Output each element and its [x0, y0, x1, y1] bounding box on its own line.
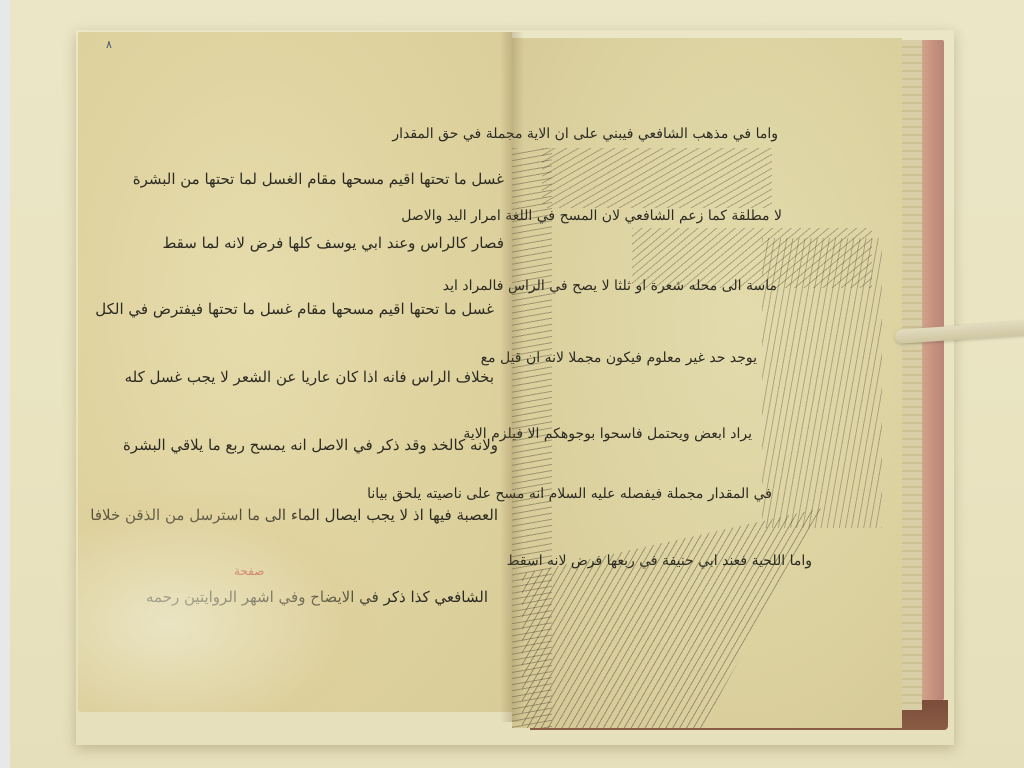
text-line: في المقدار مجملة فيفصله عليه السلام انه … [367, 486, 772, 502]
marginalia-upper [542, 148, 772, 208]
marginalia-right [762, 238, 882, 528]
book-cover-edge [920, 40, 944, 700]
text-line: لا مطلقة كما زعم الشافعي لان المسح في ال… [401, 208, 782, 224]
book-gutter [500, 32, 524, 722]
text-line: العصبة فيها اذ لا يجب ايصال الماء الى ما… [90, 506, 498, 524]
text-line: فصار كالراس وعند ابي يوسف كلها فرض لانه … [162, 234, 504, 252]
right-page: واما في مذهب الشافعي فيبني على ان الاية … [512, 38, 902, 728]
text-line: ولانه كالخد وقد ذكر في الاصل انه يمسح رب… [123, 436, 498, 454]
text-line: غسل ما تحتها اقيم مسحها مقام غسل ما تحته… [95, 300, 494, 318]
marginalia-lower [522, 508, 822, 728]
text-line: الشافعي كذا ذكر في الايضاح وفي اشهر الرو… [146, 588, 488, 606]
scanner-edge-strip [0, 0, 10, 768]
page-block-edge [900, 40, 922, 710]
text-line: بخلاف الراس فانه اذا كان عاريا عن الشعر … [125, 368, 494, 386]
page-number: ٨ [106, 38, 112, 51]
margin-note: صفحة [234, 564, 264, 578]
text-line: واما في مذهب الشافعي فيبني على ان الاية … [392, 126, 778, 142]
text-line: غسل ما تحتها اقيم مسحها مقام الغسل لما ت… [133, 170, 504, 188]
